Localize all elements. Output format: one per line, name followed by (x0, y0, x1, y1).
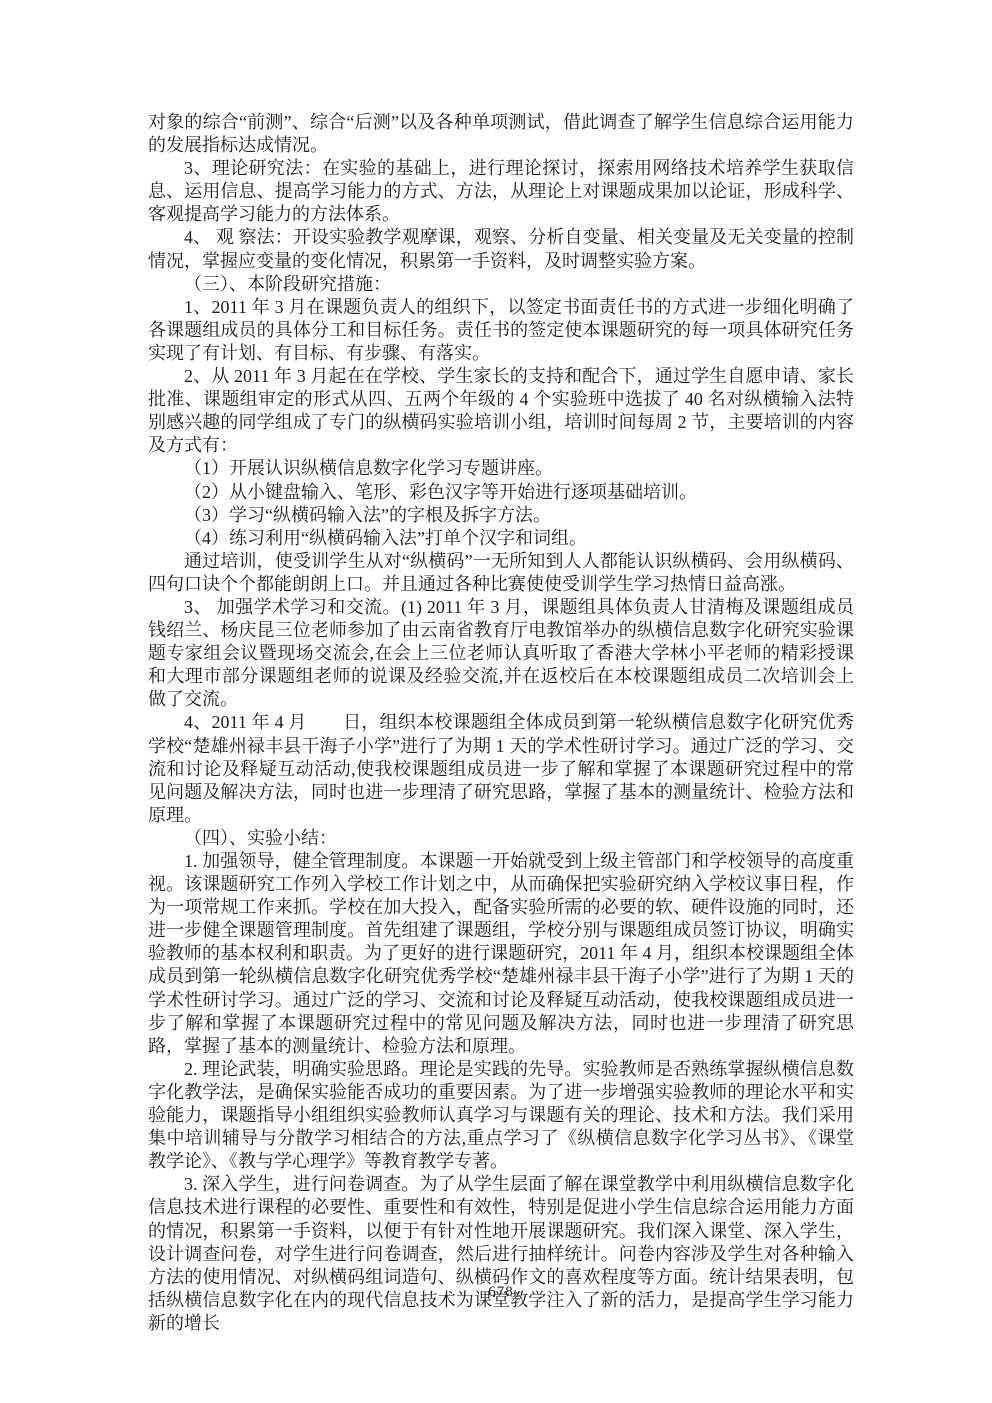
paragraph: （3）学习“纵横码输入法”的字根及拆字方法。 (148, 504, 854, 527)
page-number: 678 (148, 1284, 854, 1301)
paragraph: 3、理论研究法：在实验的基础上，进行理论探讨，探索用网络技术培养学生获取信息、运… (148, 157, 854, 226)
paragraph: 4、 观 察法：开设实验教学观摩课，观察、分析自变量、相关变量及无关变量的控制情… (148, 226, 854, 272)
paragraph: （4）练习利用“纵横码输入法”打单个汉字和词组。 (148, 527, 854, 550)
paragraph: 通过培训，使受训学生从对“纵横码”一无所知到人人都能认识纵横码、会用纵横码、四句… (148, 550, 854, 596)
paragraph: 3. 深入学生，进行问卷调查。为了从学生层面了解在课堂教学中利用纵横信息数字化信… (148, 1173, 854, 1335)
paragraph: （三）、本阶段研究措施： (148, 273, 854, 296)
paragraph: 2、从 2011 年 3 月起在在学校、学生家长的支持和配合下，通过学生自愿申请… (148, 365, 854, 457)
paragraph: （2）从小键盘输入、笔形、彩色汉字等开始进行逐项基础培训。 (148, 481, 854, 504)
paragraph: 3、 加强学术学习和交流。(1) 2011 年 3 月，课题组具体负责人甘清梅及… (148, 596, 854, 711)
paragraph: 4、2011 年 4 月 日，组织本校课题组全体成员到第一轮纵横信息数字化研究优… (148, 711, 854, 826)
document-page: 对象的综合“前测”、综合“后测”以及各种单项测试，借此调查了解学生信息综合运用能… (0, 0, 992, 1403)
paragraph: （1）开展认识纵横信息数字化学习专题讲座。 (148, 457, 854, 480)
body-text: 对象的综合“前测”、综合“后测”以及各种单项测试，借此调查了解学生信息综合运用能… (148, 111, 854, 1335)
paragraph: 2. 理论武装，明确实验思路。理论是实践的先导。实验教师是否熟练掌握纵横信息数字… (148, 1058, 854, 1173)
paragraph: 1. 加强领导，健全管理制度。本课题一开始就受到上级主管部门和学校领导的高度重视… (148, 850, 854, 1058)
paragraph: （四）、实验小结： (148, 827, 854, 850)
paragraph: 对象的综合“前测”、综合“后测”以及各种单项测试，借此调查了解学生信息综合运用能… (148, 111, 854, 157)
paragraph: 1、2011 年 3 月在课题负责人的组织下，以签定书面责任书的方式进一步细化明… (148, 296, 854, 365)
